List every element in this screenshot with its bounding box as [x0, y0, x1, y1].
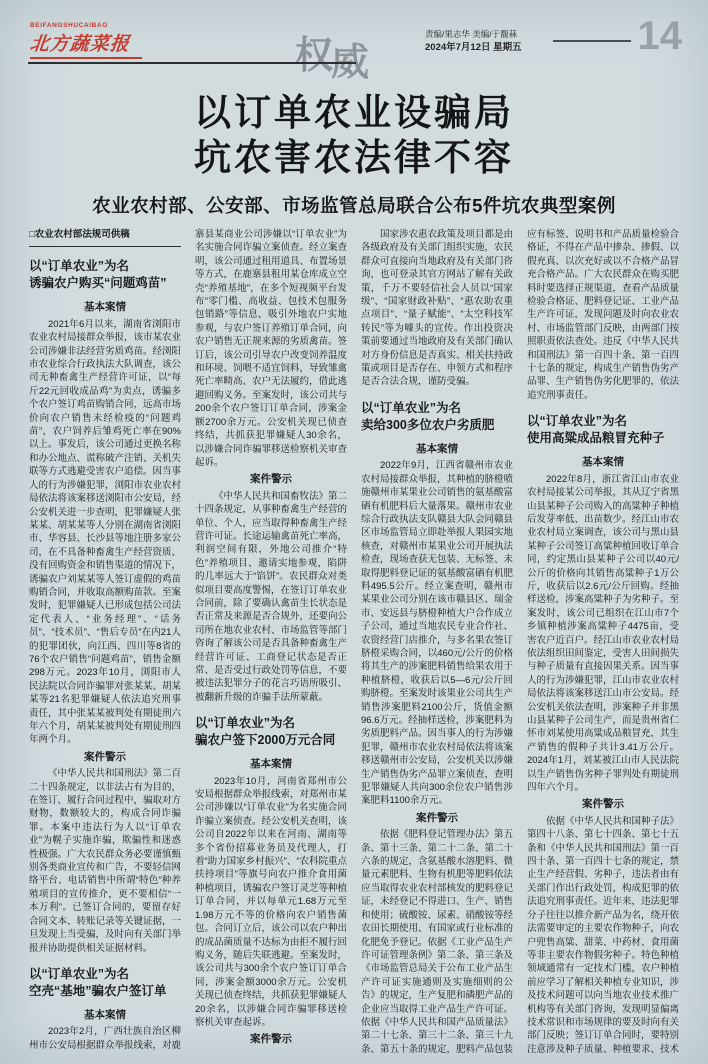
brand-label: 权威: [295, 24, 369, 79]
edition-info: 责编/果志华 美编/于馥菻 2024年7月12日 星期五: [425, 28, 522, 54]
header-bottom-rule: [28, 62, 356, 64]
case3-facts: 2023年10月，河南省郑州市公安局根据群众举报线索，对郑州市某公司涉嫌以“订单…: [195, 775, 347, 1030]
case3-title: 以“订单农业”为名骗农户签下2000万元合同: [195, 715, 347, 749]
case3-facts-head: 基本案情: [195, 758, 347, 771]
subheadline: 农业农村部、公安部、市场监管总局联合公布5件坑农典型案例: [0, 192, 708, 218]
date-line: 2024年7月12日 星期五: [425, 41, 522, 54]
masthead: BEIFANGSHUCAIBAO 北方蔬菜报: [30, 22, 160, 59]
case2-title: 以“订单农业”为名空壳“基地”骗农户签订单: [29, 966, 181, 1000]
masthead-name: 北方蔬菜报: [29, 29, 132, 56]
page-number: 14: [638, 14, 683, 59]
case3-warning-head: 案件警示: [195, 1033, 347, 1046]
case5-title: 以“订单农业”为名使用高粱成品粮冒充种子: [527, 413, 679, 447]
case1-title: 以“订单农业”为名诱骗农户购买“问题鸡苗”: [29, 258, 181, 292]
case4-facts: 2022年9月，江西省赣州市农业农村局接群众举报，其种植的脐橙喷施赣州市某果业公…: [361, 459, 513, 808]
masthead-pinyin: BEIFANGSHUCAIBAO: [30, 22, 160, 29]
case4-facts-head: 基本案情: [361, 443, 513, 456]
byline: □农业农村部法规司供稿: [29, 228, 181, 247]
headline-block: 以订单农业设骗局 坑农害农法律不容 农业农村部、公安部、市场监管总局联合公布5件…: [0, 90, 708, 218]
case2-warning-head: 案件警示: [195, 473, 347, 486]
headline-line1: 以订单农业设骗局: [0, 90, 708, 135]
masthead-underline: [30, 57, 142, 59]
header-dash-rule: [553, 40, 631, 42]
case5-facts: 2022年8月，浙江省江山市农业农村局接某公司举报，其从辽宁省黑山县某种子公司购…: [527, 473, 679, 795]
newspaper-page: BEIFANGSHUCAIBAO 北方蔬菜报 权威 责编/果志华 美编/于馥菻 …: [0, 0, 708, 1064]
case5-facts-head: 基本案情: [527, 456, 679, 469]
case2-facts-head: 基本案情: [29, 1009, 181, 1022]
article-body: □农业农村部法规司供稿以“订单农业”为名诱骗农户购买“问题鸡苗”基本案情2021…: [29, 228, 679, 1060]
case1-facts-head: 基本案情: [29, 301, 181, 314]
case5-warning-head: 案件警示: [527, 798, 679, 811]
case1-warning-head: 案件警示: [29, 751, 181, 764]
case4-title: 以“订单农业”为名卖给300多位农户劣质肥: [361, 400, 513, 434]
case1-warning: 《中华人民共和国刑法》第二百二十四条规定，以非法占有为目的，在签订、履行合同过程…: [29, 767, 181, 955]
headline-line2: 坑农害农法律不容: [0, 135, 708, 180]
case1-facts: 2021年6月以来，湖南省浏阳市农业农村局接群众举报，该市某农业公司涉嫌非法经营…: [29, 318, 181, 747]
case4-warning-head: 案件警示: [361, 812, 513, 825]
editors-line: 责编/果志华 美编/于馥菻: [425, 28, 522, 41]
case3-warning: 国家涉农惠农政策及项目都是由各级政府及有关部门组织实施，农民群众可直接向当地政府…: [361, 228, 513, 389]
case2-warning: 《中华人民共和国畜牧法》第二十四条规定，从事种畜禽生产经营的单位、个人，应当取得…: [195, 490, 347, 705]
